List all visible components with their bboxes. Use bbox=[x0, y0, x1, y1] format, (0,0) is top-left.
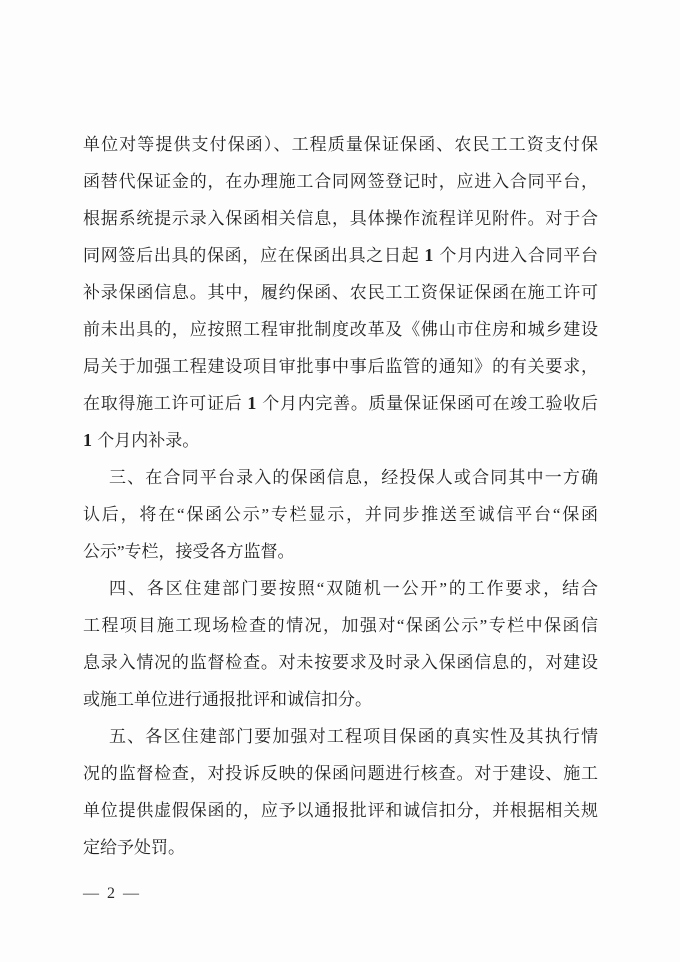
text-line: 认后，将在“保函公示”专栏显示，并同步推送至诚信平台“保函 bbox=[83, 496, 598, 533]
text-segment: 前未出具的，应按照工程审批制度改革及《佛山市住房和城乡建设 bbox=[83, 320, 598, 339]
text-line: 工程项目施工现场检查的情况，加强对“保函公示”专栏中保函信 bbox=[83, 607, 598, 644]
text-segment: 在取得施工许可证后 bbox=[83, 394, 247, 413]
text-segment: 补录保函信息。其中，履约保函、农民工工资保证保函在施工许可 bbox=[83, 283, 598, 302]
text-line: 在取得施工许可证后 1 个月内完善。质量保证保函可在竣工验收后 bbox=[83, 385, 598, 422]
text-line: 四、各区住建部门要按照“双随机一公开”的工作要求，结合 bbox=[83, 570, 598, 607]
text-segment: 函替代保证金的，在办理施工合同网签登记时，应进入合同平台， bbox=[83, 172, 598, 191]
document-body: 单位对等提供支付保函）、工程质量保证保函、农民工工资支付保函替代保证金的，在办理… bbox=[83, 126, 598, 866]
text-line: 三、在合同平台录入的保函信息，经投保人或合同其中一方确 bbox=[83, 459, 598, 496]
bold-number: 1 bbox=[83, 430, 93, 450]
text-segment: 况的监督检查，对投诉反映的保函问题进行核查。对于建设、施工 bbox=[83, 764, 598, 783]
text-segment: 工程项目施工现场检查的情况，加强对“保函公示”专栏中保函信 bbox=[83, 616, 598, 635]
text-line: 根据系统提示录入保函相关信息，具体操作流程详见附件。对于合 bbox=[83, 200, 598, 237]
text-segment: 定给予处罚。 bbox=[83, 838, 185, 857]
text-segment: 根据系统提示录入保函相关信息，具体操作流程详见附件。对于合 bbox=[83, 209, 598, 228]
text-segment: 或施工单位进行通报批评和诚信扣分。 bbox=[83, 690, 372, 709]
text-segment: 认后，将在“保函公示”专栏显示，并同步推送至诚信平台“保函 bbox=[83, 505, 598, 524]
text-line: 同网签后出具的保函，应在保函出具之日起 1 个月内进入合同平台 bbox=[83, 237, 598, 274]
document-page: 单位对等提供支付保函）、工程质量保证保函、农民工工资支付保函替代保证金的，在办理… bbox=[0, 0, 680, 962]
text-line: 前未出具的，应按照工程审批制度改革及《佛山市住房和城乡建设 bbox=[83, 311, 598, 348]
text-segment: 单位提供虚假保函的，应予以通报批评和诚信扣分，并根据相关规 bbox=[83, 801, 598, 820]
text-line: 或施工单位进行通报批评和诚信扣分。 bbox=[83, 681, 598, 718]
bold-number: 1 bbox=[247, 393, 257, 413]
text-line: 补录保函信息。其中，履约保函、农民工工资保证保函在施工许可 bbox=[83, 274, 598, 311]
text-segment: 同网签后出具的保函，应在保函出具之日起 bbox=[83, 246, 424, 265]
text-line: 单位对等提供支付保函）、工程质量保证保函、农民工工资支付保 bbox=[83, 126, 598, 163]
text-line: 况的监督检查，对投诉反映的保函问题进行核查。对于建设、施工 bbox=[83, 755, 598, 792]
bold-number: 1 bbox=[424, 245, 434, 265]
text-segment: 息录入情况的监督检查。对未按要求及时录入保函信息的，对建设 bbox=[83, 653, 598, 672]
text-line: 五、各区住建部门要加强对工程项目保函的真实性及其执行情 bbox=[83, 718, 598, 755]
page-number: — 2 — bbox=[83, 882, 141, 906]
text-segment: 局关于加强工程建设项目审批事中事后监管的通知》的有关要求， bbox=[83, 357, 598, 376]
text-segment: 三、在合同平台录入的保函信息，经投保人或合同其中一方确 bbox=[109, 468, 598, 487]
text-segment: 个月内进入合同平台 bbox=[434, 246, 598, 265]
text-segment: 五、各区住建部门要加强对工程项目保函的真实性及其执行情 bbox=[109, 727, 598, 746]
text-segment: 个月内补录。 bbox=[93, 431, 199, 450]
text-line: 定给予处罚。 bbox=[83, 829, 598, 866]
text-line: 局关于加强工程建设项目审批事中事后监管的通知》的有关要求， bbox=[83, 348, 598, 385]
text-line: 1 个月内补录。 bbox=[83, 422, 598, 459]
text-segment: 四、各区住建部门要按照“双随机一公开”的工作要求，结合 bbox=[109, 579, 598, 598]
text-line: 函替代保证金的，在办理施工合同网签登记时，应进入合同平台， bbox=[83, 163, 598, 200]
text-segment: 个月内完善。质量保证保函可在竣工验收后 bbox=[257, 394, 598, 413]
text-line: 息录入情况的监督检查。对未按要求及时录入保函信息的，对建设 bbox=[83, 644, 598, 681]
text-segment: 单位对等提供支付保函）、工程质量保证保函、农民工工资支付保 bbox=[83, 135, 598, 154]
text-line: 单位提供虚假保函的，应予以通报批评和诚信扣分，并根据相关规 bbox=[83, 792, 598, 829]
text-segment: 公示”专栏，接受各方监督。 bbox=[83, 542, 295, 561]
text-line: 公示”专栏，接受各方监督。 bbox=[83, 533, 598, 570]
